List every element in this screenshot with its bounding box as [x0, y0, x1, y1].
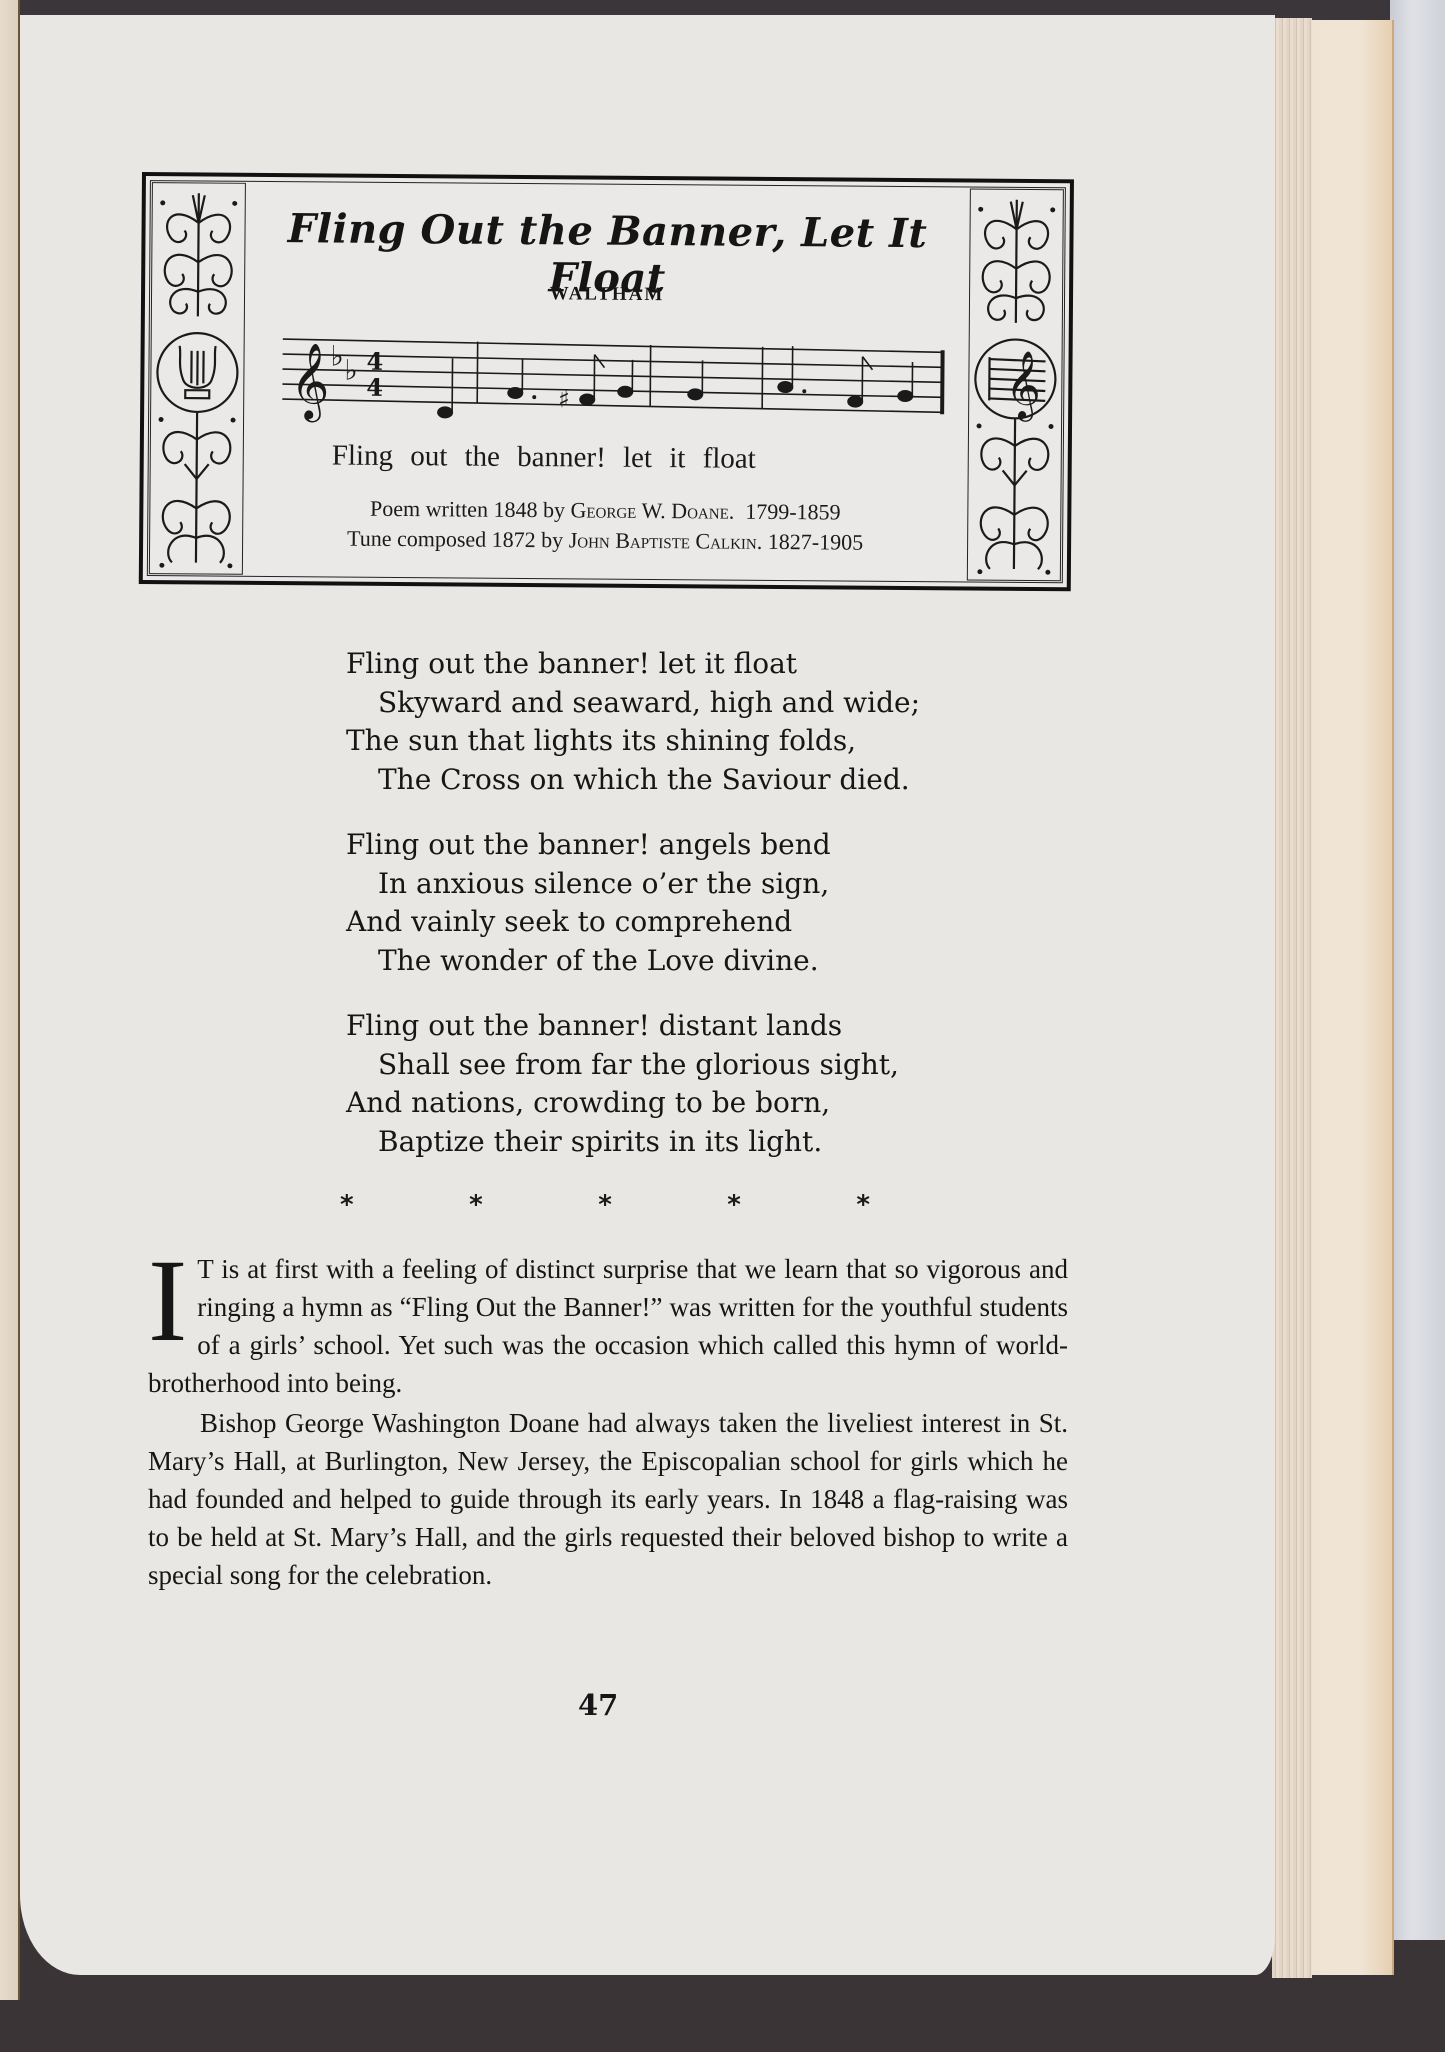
page-number: 47 — [578, 1688, 618, 1722]
header-center: Fling Out the Banner, Let It Float WALTH… — [251, 177, 962, 587]
tune-credit: Tune composed 1872 by John Baptiste Calk… — [251, 525, 959, 557]
poem-stanza: Fling out the banner! let it float Skywa… — [346, 645, 920, 799]
hymn-header-box: 𝄞 Fling Out the Banner, Let It Float WAL… — [139, 172, 1074, 591]
poem-author-dates: 1799-1859 — [745, 499, 841, 525]
asterisk: * — [727, 1190, 741, 1220]
lyre-ornament-icon — [149, 182, 246, 575]
paragraph-1: IT is at first with a feeling of distinc… — [148, 1250, 1068, 1402]
poem-stanza: Fling out the banner! angels bend In anx… — [346, 826, 920, 980]
poem-line: Shall see from far the glorious sight, — [346, 1046, 920, 1085]
poem-line: The sun that lights its shining folds, — [346, 722, 920, 761]
svg-text:♯: ♯ — [558, 385, 570, 413]
background-cloth — [1390, 0, 1445, 2052]
asterisk: * — [469, 1190, 483, 1220]
prose-body: IT is at first with a feeling of distinc… — [148, 1250, 1068, 1621]
poem-stanza: Fling out the banner! distant lands Shal… — [346, 1007, 920, 1161]
svg-text:♭: ♭ — [344, 354, 357, 387]
poem-author: George W. Doane. — [570, 497, 734, 523]
poem-line: The Cross on which the Saviour died. — [346, 761, 920, 800]
section-separator: * * * * * — [340, 1190, 870, 1220]
asterisk: * — [856, 1190, 870, 1220]
asterisk: * — [598, 1190, 612, 1220]
tune-composer-dates: 1827-1905 — [768, 529, 864, 555]
poem-line: In anxious silence o’er the sign, — [346, 865, 920, 904]
tune-credit-prefix: Tune composed 1872 by — [347, 526, 569, 553]
poem-line: Fling out the banner! distant lands — [346, 1007, 920, 1046]
page-stack-edges — [1272, 18, 1312, 1978]
svg-text:𝄞: 𝄞 — [290, 342, 330, 422]
poem-line: Baptize their spirits in its light. — [346, 1123, 920, 1162]
poem-credit: Poem written 1848 by George W. Doane. 17… — [251, 495, 959, 527]
poem-line: Fling out the banner! let it float — [346, 645, 920, 684]
poem: Fling out the banner! let it float Skywa… — [346, 645, 920, 1188]
facing-page-edge — [0, 0, 20, 2000]
asterisk: * — [340, 1190, 354, 1220]
poem-line: And nations, crowding to be born, — [346, 1084, 920, 1123]
svg-text:4: 4 — [366, 373, 383, 402]
svg-text:♭: ♭ — [330, 339, 343, 372]
music-lyric: Fling out the banner! let it float — [252, 439, 960, 478]
treble-clef-ornament-icon: 𝄞 — [967, 189, 1064, 582]
poem-credit-prefix: Poem written 1848 by — [370, 496, 571, 523]
poem-line: And vainly seek to comprehend — [346, 903, 920, 942]
drop-cap: I — [148, 1256, 187, 1346]
music-staff-icon: 𝄞 ♭ ♭ 4 4 ♯ — [282, 327, 948, 428]
tune-name: WALTHAM — [253, 281, 961, 309]
paragraph-2: Bishop George Washington Doane had alway… — [148, 1404, 1068, 1594]
tune-composer: John Baptiste Calkin. — [569, 527, 763, 554]
svg-text:𝄞: 𝄞 — [1005, 351, 1041, 422]
svg-text:4: 4 — [366, 347, 383, 376]
book-cover-edge — [1312, 20, 1394, 1975]
poem-line: The wonder of the Love divine. — [346, 942, 920, 981]
paragraph-1-text: T is at first with a feeling of distinct… — [148, 1254, 1068, 1398]
poem-line: Skyward and seaward, high and wide; — [346, 684, 920, 723]
poem-line: Fling out the banner! angels bend — [346, 826, 920, 865]
